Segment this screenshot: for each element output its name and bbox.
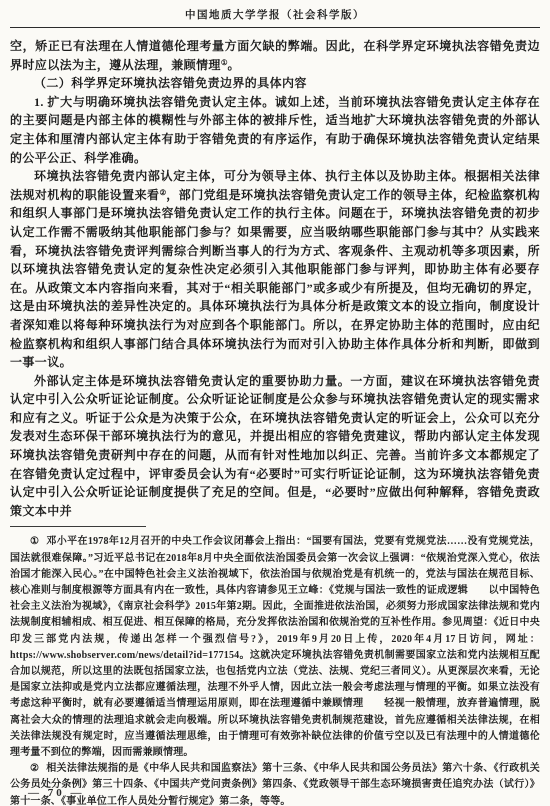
footnote-text: 邓小平在1978年12月召开的中央工作会议闭幕会上指出：“国要有国法，党要有党规… [10, 536, 540, 758]
footnote-ref-1: ① [221, 58, 228, 67]
footnote-separator [10, 526, 146, 527]
section-heading: （二）科学界定环境执法容错免责边界的具体内容 [10, 74, 540, 93]
footnote-marker-1: ① [30, 536, 39, 547]
footnotes-section: ①邓小平在1978年12月召开的中央工作会议闭幕会上指出：“国要有国法，党要有党… [10, 534, 540, 806]
header-rule [10, 27, 540, 28]
journal-page: 中国地质大学学报（社会科学版） 空，矫正已有法理在人情道德伦理考量方面欠缺的弊端… [0, 0, 550, 806]
footnote-marker-2: ② [30, 763, 39, 774]
running-head: 中国地质大学学报（社会科学版） [10, 4, 540, 27]
paragraph-text: 空，矫正已有法理在人情道德伦理考量方面欠缺的弊端。因此，在科学界定环境执法容错免… [10, 39, 540, 72]
paragraph-text: 。 [228, 58, 240, 72]
paragraph-text: ，部门党组是环境执法容错免责认定工作的领导主体，纪检监察机构和组织人事部门是环境… [10, 188, 540, 369]
page-number: — 70 — [28, 787, 85, 799]
paragraph: 1. 扩大与明确环境执法容错免责认定主体。诚如上述，当前环境执法容错免责认定主体… [10, 93, 540, 167]
journal-title: 中国地质大学学报（社会科学版） [185, 10, 365, 21]
paragraph-continuation: 空，矫正已有法理在人情道德伦理考量方面欠缺的弊端。因此，在科学界定环境执法容错免… [10, 37, 540, 74]
article-body: 空，矫正已有法理在人情道德伦理考量方面欠缺的弊端。因此，在科学界定环境执法容错免… [10, 37, 540, 520]
footnote-1: ①邓小平在1978年12月召开的中央工作会议闭幕会上指出：“国要有国法，党要有党… [10, 534, 540, 761]
footnote-2: ②相关法律法规指的是《中华人民共和国监察法》第十三条、《中华人民共和国公务员法》… [10, 761, 540, 806]
paragraph: 外部认定主体是环境执法容错免责认定的重要协助力量。一方面，建议在环境执法容错免责… [10, 372, 540, 521]
paragraph: 环境执法容错免责内部认定主体，可分为领导主体、执行主体以及协助主体。根据相关法律… [10, 167, 540, 372]
footnote-text: 相关法律法规指的是《中华人民共和国监察法》第十三条、《中华人民共和国公务员法》第… [10, 763, 540, 806]
